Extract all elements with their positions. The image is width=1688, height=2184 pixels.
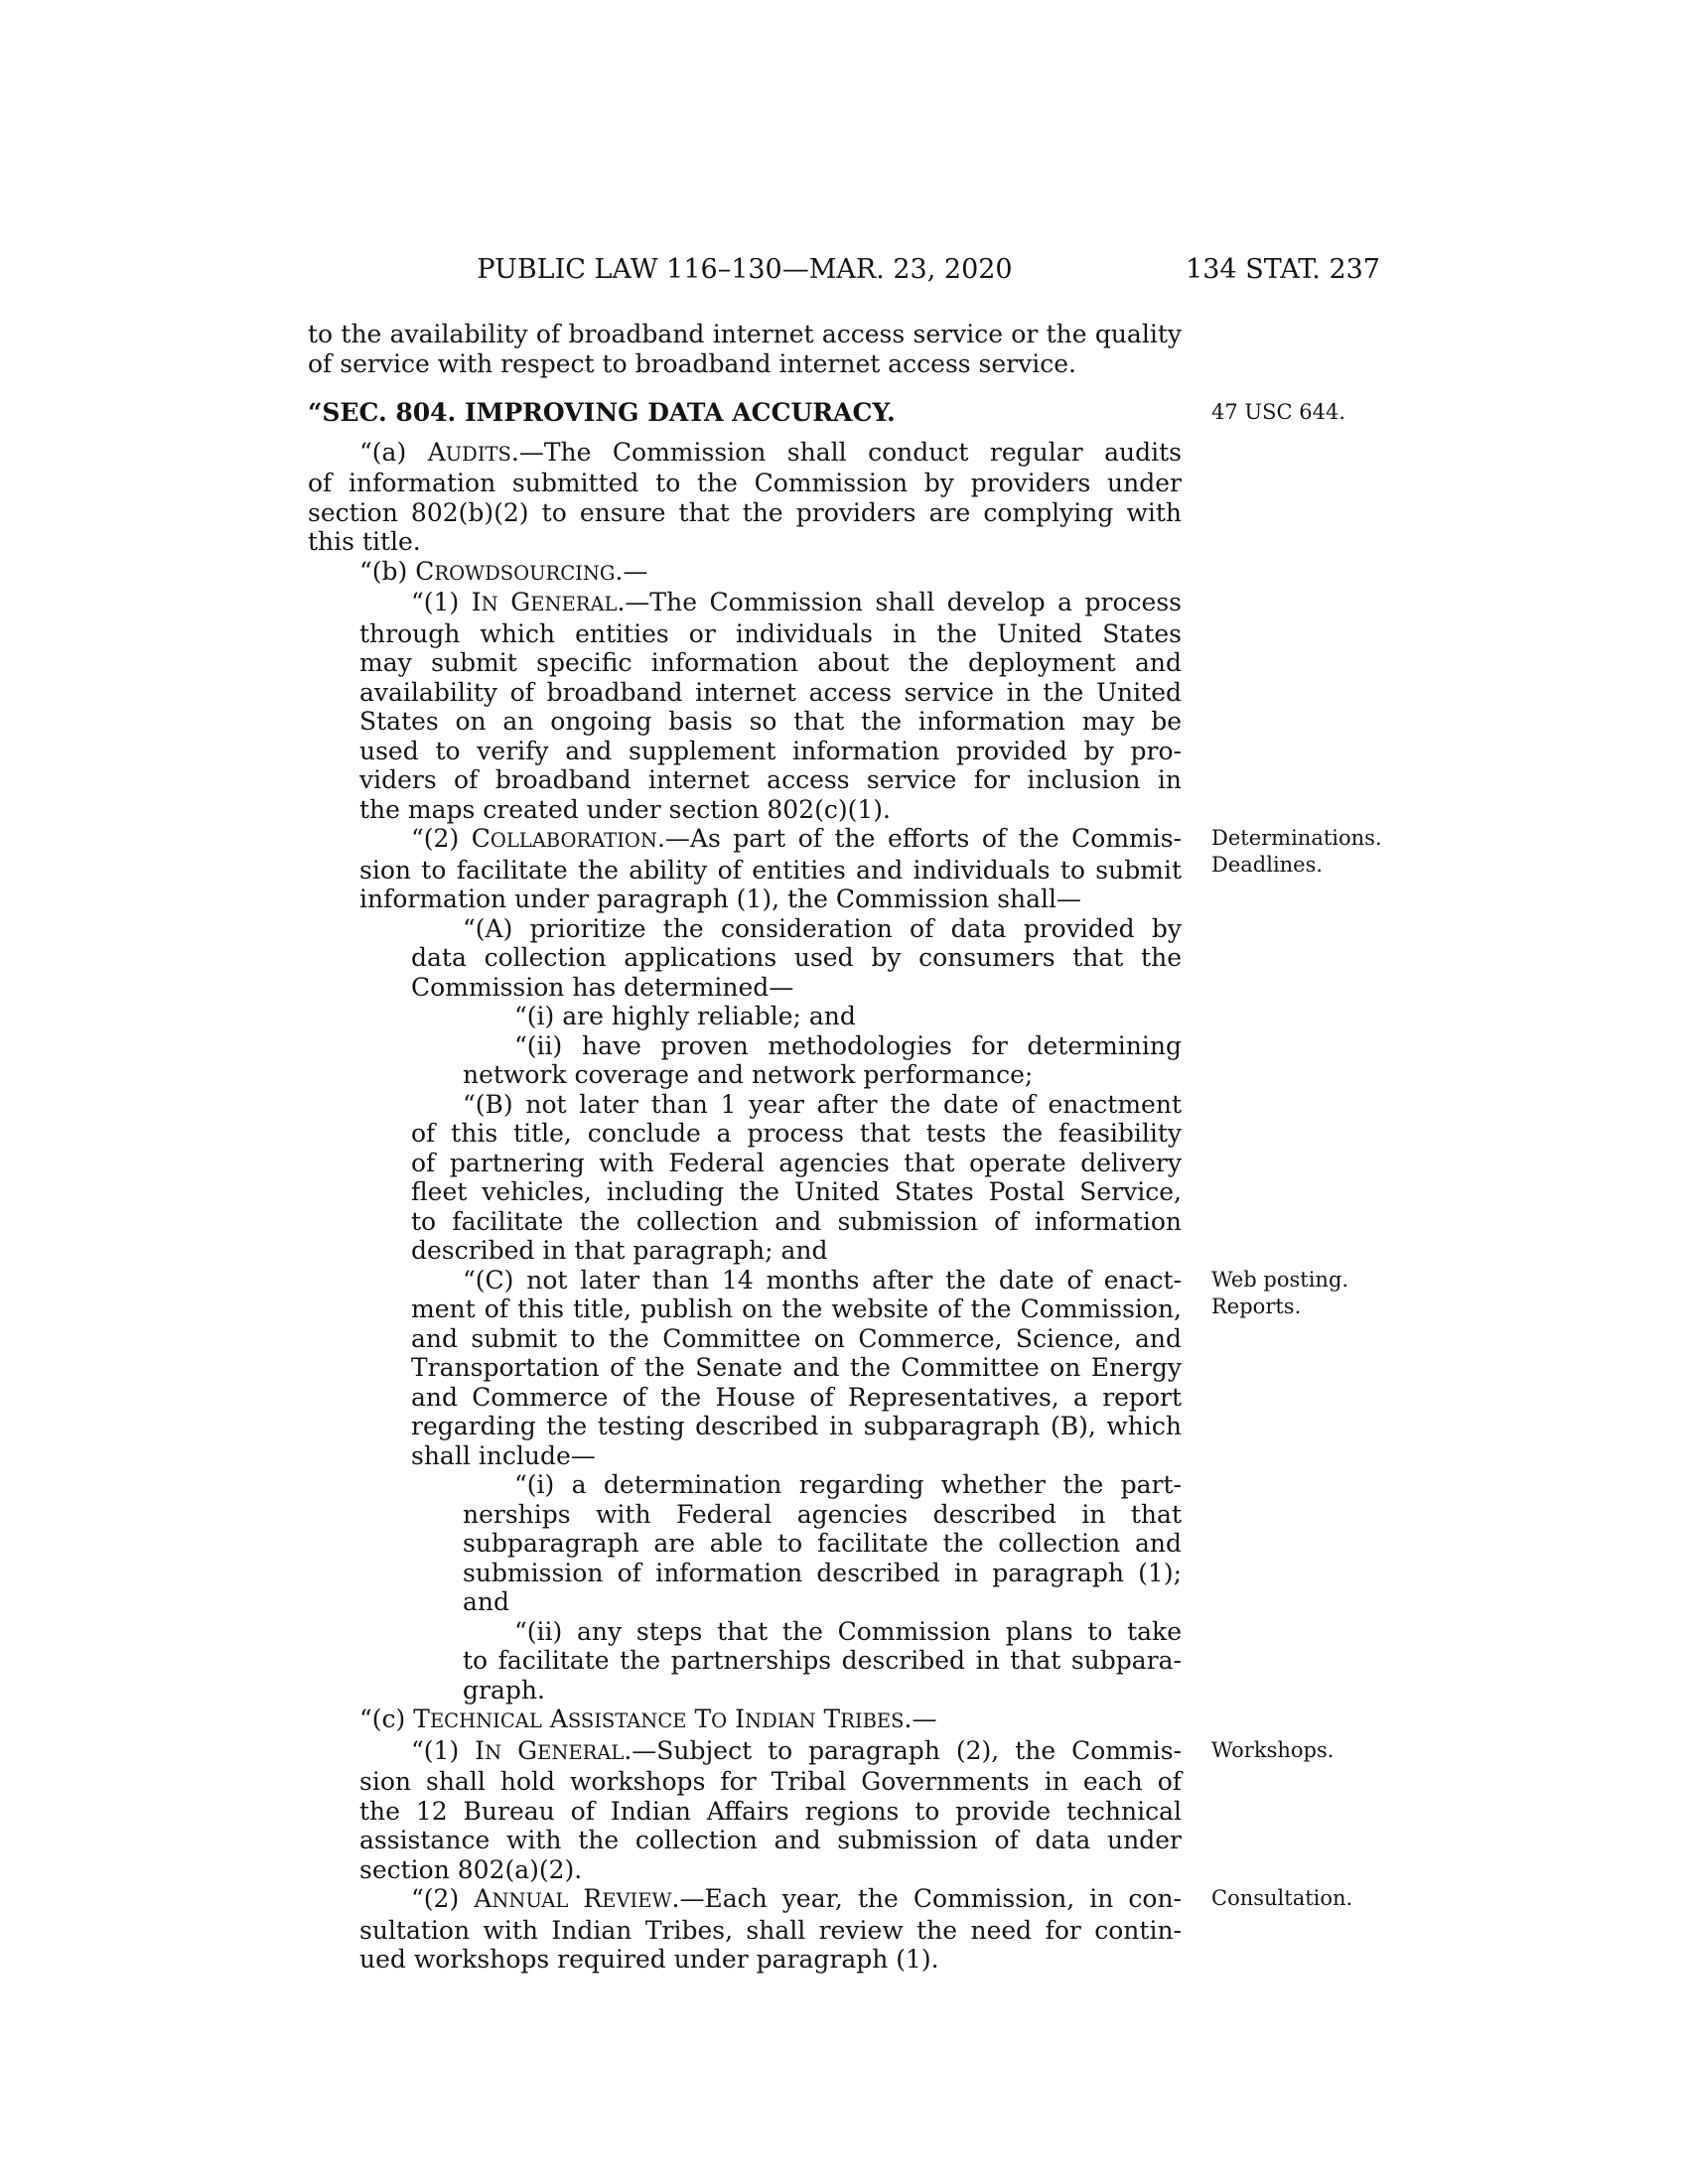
text-line: “(ii) have proven methodologies for dete… bbox=[463, 1031, 1182, 1061]
text-line: and bbox=[463, 1587, 1182, 1617]
text-line: this title. bbox=[308, 527, 1182, 557]
paragraph-sec-804-heading: “SEC. 804. IMPROVING DATA ACCURACY.47 US… bbox=[308, 398, 1182, 428]
paragraph-subsec-b-crowdsourcing: “(b) CROWDSOURCING.— bbox=[308, 557, 1182, 589]
paragraph-subsec-a-audits: “(a) AUDITS.—The Commission shall conduc… bbox=[308, 438, 1182, 557]
text-line: section 802(b)(2) to ensure that the pro… bbox=[308, 498, 1182, 528]
text-line: and submit to the Committee on Commerce,… bbox=[411, 1324, 1182, 1354]
text-line: viders of broadband internet access serv… bbox=[359, 765, 1182, 795]
text-line: to facilitate the collection and submiss… bbox=[411, 1207, 1182, 1237]
margin-note: Determinations.Deadlines. bbox=[1211, 825, 1410, 879]
text-line: “(1) IN GENERAL.—Subject to paragraph (2… bbox=[359, 1736, 1182, 1768]
text-line: “(i) a determination regarding whether t… bbox=[463, 1470, 1182, 1500]
paragraph-b-2-A-clause-i: “(i) are highly reliable; and bbox=[463, 1002, 1182, 1031]
text-line: of information submitted to the Commissi… bbox=[308, 469, 1182, 498]
text-line: “(1) IN GENERAL.—The Commission shall de… bbox=[359, 588, 1182, 619]
text-line: the 12 Bureau of Indian Affairs regions … bbox=[359, 1797, 1182, 1827]
text-line: “(b) CROWDSOURCING.— bbox=[308, 557, 1182, 589]
paragraph-c-para-2-annual-review: “(2) ANNUAL REVIEW.—Each year, the Commi… bbox=[359, 1884, 1182, 1975]
statute-body: to the availability of broadband interne… bbox=[308, 320, 1182, 1975]
text-line: through which entities or individuals in… bbox=[359, 619, 1182, 649]
margin-note: Consultation. bbox=[1211, 1885, 1410, 1912]
margin-note-line: Deadlines. bbox=[1211, 852, 1410, 879]
margin-note-line: Workshops. bbox=[1211, 1737, 1410, 1764]
margin-note-line: Reports. bbox=[1211, 1294, 1410, 1320]
paragraph-b-2-subpara-A: “(A) prioritize the consideration of dat… bbox=[411, 914, 1182, 1003]
text-line: of this title, conclude a process that t… bbox=[411, 1119, 1182, 1149]
paragraph-b-para-1-in-general: “(1) IN GENERAL.—The Commission shall de… bbox=[359, 588, 1182, 824]
text-line: assistance with the collection and submi… bbox=[359, 1826, 1182, 1855]
text-line: regarding the testing described in subpa… bbox=[411, 1412, 1182, 1441]
text-line: “(2) ANNUAL REVIEW.—Each year, the Commi… bbox=[359, 1884, 1182, 1916]
paragraph-intro-continuation: to the availability of broadband interne… bbox=[308, 320, 1182, 378]
statute-page: PUBLIC LAW 116–130—MAR. 23, 2020 134 STA… bbox=[0, 0, 1688, 2184]
text-line: used to verify and supplement informatio… bbox=[359, 737, 1182, 766]
paragraph-b-2-A-clause-ii: “(ii) have proven methodologies for dete… bbox=[463, 1031, 1182, 1090]
text-line: shall include— bbox=[411, 1441, 1182, 1471]
paragraph-b-2-C-clause-i: “(i) a determination regarding whether t… bbox=[463, 1470, 1182, 1617]
paragraph-b-2-C-clause-ii: “(ii) any steps that the Commission plan… bbox=[463, 1617, 1182, 1706]
text-line: “(ii) any steps that the Commission plan… bbox=[463, 1617, 1182, 1647]
text-line: sultation with Indian Tribes, shall revi… bbox=[359, 1916, 1182, 1946]
margin-note-line: Determinations. bbox=[1211, 825, 1410, 852]
text-line: described in that paragraph; and bbox=[411, 1236, 1182, 1266]
paragraph-b-para-2-collaboration: “(2) COLLABORATION.—As part of the effor… bbox=[359, 824, 1182, 914]
text-line: subparagraph are able to facilitate the … bbox=[463, 1529, 1182, 1559]
text-line: “(i) are highly reliable; and bbox=[463, 1002, 1182, 1031]
text-line: graph. bbox=[463, 1676, 1182, 1706]
text-line: network coverage and network performance… bbox=[463, 1060, 1182, 1090]
margin-note: 47 USC 644. bbox=[1211, 399, 1410, 426]
text-line: submission of information described in p… bbox=[463, 1559, 1182, 1588]
stat-page-number: 134 STAT. 237 bbox=[1182, 254, 1380, 285]
text-line: “(c) TECHNICAL ASSISTANCE TO INDIAN TRIB… bbox=[308, 1705, 1182, 1736]
text-line: “(C) not later than 14 months after the … bbox=[411, 1266, 1182, 1296]
text-line: “(B) not later than 1 year after the dat… bbox=[411, 1090, 1182, 1120]
text-line: “(2) COLLABORATION.—As part of the effor… bbox=[359, 824, 1182, 856]
text-line: and Commerce of the House of Representat… bbox=[411, 1383, 1182, 1413]
text-line: ued workshops required under paragraph (… bbox=[359, 1945, 1182, 1975]
text-line: information under paragraph (1), the Com… bbox=[359, 885, 1182, 914]
text-line: Transportation of the Senate and the Com… bbox=[411, 1353, 1182, 1383]
paragraph-c-para-1-in-general: “(1) IN GENERAL.—Subject to paragraph (2… bbox=[359, 1736, 1182, 1885]
paragraph-subsec-c-technical-assistance: “(c) TECHNICAL ASSISTANCE TO INDIAN TRIB… bbox=[308, 1705, 1182, 1736]
text-line: States on an ongoing basis so that the i… bbox=[359, 707, 1182, 737]
text-line: “(a) AUDITS.—The Commission shall conduc… bbox=[308, 438, 1182, 470]
text-line: fleet vehicles, including the United Sta… bbox=[411, 1177, 1182, 1207]
margin-note: Web posting.Reports. bbox=[1211, 1267, 1410, 1320]
text-line: nerships with Federal agencies described… bbox=[463, 1500, 1182, 1530]
text-line: of partnering with Federal agencies that… bbox=[411, 1149, 1182, 1178]
text-line: ment of this title, publish on the websi… bbox=[411, 1295, 1182, 1324]
running-head: PUBLIC LAW 116–130—MAR. 23, 2020 bbox=[308, 254, 1182, 285]
text-line: of service with respect to broadband int… bbox=[308, 349, 1182, 379]
text-line: may submit specific information about th… bbox=[359, 648, 1182, 678]
margin-note-line: Web posting. bbox=[1211, 1267, 1410, 1294]
text-line: sion shall hold workshops for Tribal Gov… bbox=[359, 1767, 1182, 1797]
text-line: “(A) prioritize the consideration of dat… bbox=[411, 914, 1182, 944]
margin-note: Workshops. bbox=[1211, 1737, 1410, 1764]
text-line: Commission has determined— bbox=[411, 973, 1182, 1003]
margin-note-line: Consultation. bbox=[1211, 1885, 1410, 1912]
text-line: to the availability of broadband interne… bbox=[308, 320, 1182, 349]
paragraph-b-2-subpara-B: “(B) not later than 1 year after the dat… bbox=[411, 1090, 1182, 1266]
text-line: the maps created under section 802(c)(1)… bbox=[359, 795, 1182, 825]
text-line: data collection applications used by con… bbox=[411, 943, 1182, 973]
text-line: section 802(a)(2). bbox=[359, 1855, 1182, 1885]
paragraph-b-2-subpara-C: “(C) not later than 14 months after the … bbox=[411, 1266, 1182, 1471]
text-line: “SEC. 804. IMPROVING DATA ACCURACY. bbox=[308, 398, 1182, 428]
text-line: to facilitate the partnerships described… bbox=[463, 1646, 1182, 1676]
text-line: availability of broadband internet acces… bbox=[359, 678, 1182, 708]
text-line: sion to facilitate the ability of entiti… bbox=[359, 856, 1182, 886]
margin-note-line: 47 USC 644. bbox=[1211, 399, 1410, 426]
